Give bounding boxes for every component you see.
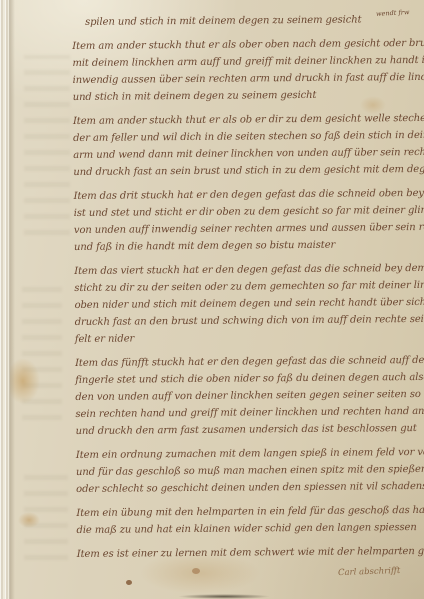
manuscript-line: von unden auff inwendig seiner rechten a…	[74, 219, 424, 239]
bleedthrough-text	[22, 280, 62, 420]
manuscript-page: spilen und stich in mit deinem degen zu …	[10, 0, 424, 599]
paragraph: Item ein übung mit den helmparten in ein…	[76, 502, 424, 539]
paragraph: Item das fünfft stuckh hat er den degen …	[75, 352, 424, 440]
bleedthrough-text	[24, 55, 70, 235]
closing-annotation: Carl abschrifft	[337, 566, 400, 578]
paragraph: Item am ander stuckh thut er als ober ob…	[72, 35, 424, 106]
paragraph: Item am ander stuckh thut er als ob er d…	[73, 110, 424, 181]
paragraph: Item das drit stuckh hat er den degen ge…	[74, 185, 424, 256]
paragraph: Item es ist einer zu lernen mit dem schw…	[77, 543, 424, 563]
manuscript-line: und stich in mit deinem degen zu seinem …	[73, 86, 424, 106]
page-bottom-shadow	[178, 594, 270, 599]
manuscript-line: Item es ist einer zu lernen mit dem schw…	[77, 543, 424, 563]
bleedthrough-text	[24, 470, 68, 560]
gutter-shadow	[9, 0, 15, 599]
manuscript-line: druckh fast an den brust und schwing dic…	[75, 311, 424, 331]
paragraph: Item das viert stuckh hat er den degen g…	[74, 260, 424, 348]
manuscript-line: die maß zu und hat ein klainen wider sch…	[76, 519, 424, 539]
manuscript-line: felt er nider	[75, 328, 424, 348]
manuscript-line: oder schlecht so geschicht deinen unden …	[76, 478, 424, 498]
manuscript-photo: spilen und stich in mit deinem degen zu …	[0, 0, 424, 599]
stain	[126, 580, 132, 585]
paragraph: spilen und stich in mit deinem degen zu …	[72, 11, 424, 31]
manuscript-line: inwendig aussen über sein rechten arm un…	[73, 69, 424, 89]
manuscript-line: und druckh den arm fast zusamen undersic…	[76, 420, 424, 440]
manuscript-line: und druckh fast an sein brust und stich …	[73, 161, 424, 181]
paragraph: Item ein ordnung zumachen mit dem langen…	[76, 444, 424, 498]
manuscript-line: und faß in die handt mit dem degen so bi…	[74, 236, 424, 256]
text-block: spilen und stich in mit deinem degen zu …	[72, 11, 424, 570]
manuscript-line: spilen und stich in mit deinem degen zu …	[72, 11, 424, 31]
stain	[18, 512, 40, 528]
